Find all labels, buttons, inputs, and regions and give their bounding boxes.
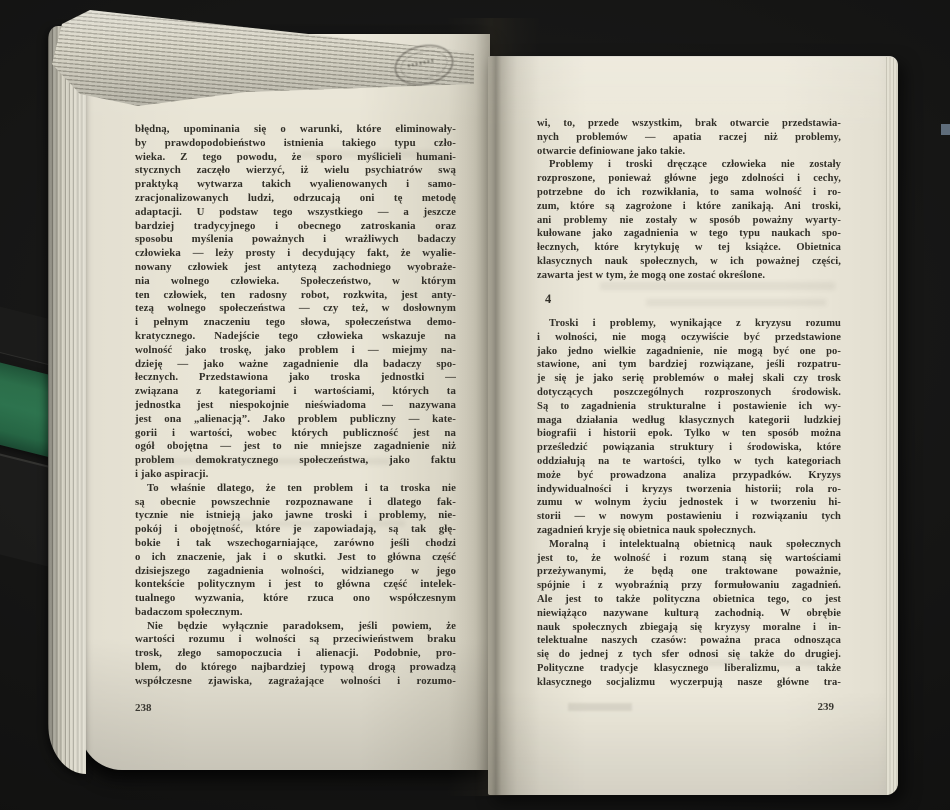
text-line: bardziej tradycyjnego i obecnego zatrosk… — [135, 220, 456, 234]
text-line: badaczom społecznym. — [135, 606, 456, 620]
page-edges-right — [886, 57, 898, 795]
text-line: dotyczących poszczególnych rozproszonych… — [537, 386, 841, 400]
text-line: jest to, że wolność i rozum staną się wa… — [537, 552, 841, 566]
text-line: pokój i obojętność, które je zapowiadają… — [135, 523, 456, 537]
text-line: bokie i tak wszechogarniające, zarówno j… — [135, 537, 456, 551]
text-line: ani problemy nie zostały w sposób poważn… — [537, 214, 841, 228]
text-line: indywidualności i kryzys tworzenia histo… — [537, 483, 841, 497]
text-line: prześledzić powiązania struktury i środo… — [537, 441, 841, 455]
text-line: storii — w nowym postawieniu i rozwiązan… — [537, 510, 841, 524]
text-line: by prawdopodobieństwo istnienia takiego … — [135, 137, 456, 151]
text-line: są obecnie powszechnie rozpoznawane i dl… — [135, 496, 456, 510]
text-line: ogół obojętna — jest to nie mniejsze zag… — [135, 440, 456, 454]
text-line: i pełnym znaczeniu tego słowa, społeczeń… — [135, 316, 456, 330]
left-page-text: błędną, upominania się o warunki, które … — [135, 123, 456, 689]
open-book: błędną, upominania się o warunki, które … — [0, 0, 950, 810]
text-line: jednostka jest niespokojnie nieświadoma … — [135, 399, 456, 413]
text-line: Polityczne tradycje klasycznego liberali… — [537, 662, 841, 676]
text-line: kontekście politycznym i jest to główna … — [135, 578, 456, 592]
page-edges-left — [48, 26, 86, 774]
text-line: współczesne zjawiska, zagrażające wolnoś… — [135, 675, 456, 689]
text-line: nowany człowiek jest antytezą zachodnieg… — [135, 261, 456, 275]
text-line: się do jednej z tych sfer odnosi się tak… — [537, 648, 841, 662]
text-line: przeżywanymi, że będą one traktowane pow… — [537, 565, 841, 579]
text-line: dzieję — jako ważne zagadnienie dla bada… — [135, 358, 456, 372]
text-line: wartości rozumu i wolności są przeciwień… — [135, 633, 456, 647]
text-line: biografii i historii epok. Tylko w ten s… — [537, 427, 841, 441]
book-scan-scene: błędną, upominania się o warunki, które … — [0, 0, 950, 810]
text-line: adaptacji. U podstaw tego wszystkiego — … — [135, 206, 456, 220]
text-line: klasycznego socjalizmu wyczerpują nasze … — [537, 676, 841, 690]
text-line: je się je jako serię problemów o małej s… — [537, 372, 841, 386]
text-line: otwarcie definiowane jako takie. — [537, 145, 841, 159]
printers-signature-mark — [568, 703, 632, 711]
text-line: ten człowiek, ten radosny robot, rozkwit… — [135, 289, 456, 303]
text-line: zumu w wolnym życiu jednostek i w tworze… — [537, 496, 841, 510]
text-line: jako jedno wielkie zagadnienie, nie mogą… — [537, 345, 841, 359]
text-line: sposobu myślenia poważnych i wrażliwych … — [135, 233, 456, 247]
text-line: kratycznego. Nadejście tego człowieka ws… — [135, 330, 456, 344]
text-line: tycznie nie istnieją jako jawne troski i… — [135, 509, 456, 523]
text-line: stawione, ani tym bardziej rozwiązane, j… — [537, 358, 841, 372]
text-line: tualnego wyzwania, które rzuca ono współ… — [135, 592, 456, 606]
left-page-number: 238 — [135, 702, 152, 714]
text-line: zawarta jest w tym, że mogą one zostać o… — [537, 269, 841, 283]
text-line: Troski i problemy, wynikające z kryzysu … — [537, 317, 841, 331]
text-line: łecznych. Przedstawiona jako troska jedn… — [135, 371, 456, 385]
text-line: nauk społecznych zbiegają się kryzysy mo… — [537, 621, 841, 635]
text-line: stycznych zaczęło wierzyć, iż wielu psyc… — [135, 164, 456, 178]
text-line: trosk, złego samopoczucia i alienacji. P… — [135, 647, 456, 661]
text-line: zracjonalizowanych ludzi, odrzucają oni … — [135, 192, 456, 206]
text-line: zagadnień kryje się obietnica nauk społe… — [537, 524, 841, 538]
text-line: nych problemów — apatia raczej niż probl… — [537, 131, 841, 145]
text-line: dzisiejszego zagadnienia wolności, widzi… — [135, 565, 456, 579]
text-line: nia wolnego człowieka. Społeczeństwo, w … — [135, 275, 456, 289]
text-line: zum, które są zagrożone i które zanikają… — [537, 200, 841, 214]
text-line: i wolności, nie mogą oczywiście być prze… — [537, 331, 841, 345]
text-line: spójnie i z wyobraźnią przy formułowaniu… — [537, 579, 841, 593]
text-line: o ich znaczenie, jak i o skutki. Jest to… — [135, 551, 456, 565]
text-line: rozproszone, ponieważ główne jego zdolno… — [537, 172, 841, 186]
text-line: blem, do którego najbardziej typową drog… — [135, 661, 456, 675]
text-line: wieka. Z tego powodu, że sporo myśliciel… — [135, 151, 456, 165]
text-line: praktyką wytwarza takich wyalienowanych … — [135, 178, 456, 192]
text-line: Ale jest to także polityczna obietnica t… — [537, 593, 841, 607]
text-line: potrzebne do ich rozwikłania, to sama wo… — [537, 186, 841, 200]
text-line: człowieka — leży prosty i decydujący fak… — [135, 247, 456, 261]
text-line: telektualne naszych czasów: poważna prac… — [537, 634, 841, 648]
text-line: wi, to, przede wszystkim, brak otwarcie … — [537, 117, 841, 131]
text-line: łecznych, które krytykuję w tej książce.… — [537, 241, 841, 255]
text-line: klasycznych nauk społecznych, w ich powa… — [537, 255, 841, 269]
text-line: To właśnie dlatego, że ten problem i ta … — [135, 482, 456, 496]
text-line: może być prowadzona analiza przypadków. … — [537, 469, 841, 483]
text-line: i jako aspiracji. — [135, 468, 456, 482]
text-line: jest ona „alienacją”. Jako problem publi… — [135, 413, 456, 427]
text-line: związana z kategoriami i wartościami, kt… — [135, 385, 456, 399]
text-line: problem demokratycznego społeczeństwa, j… — [135, 454, 456, 468]
text-line: błędną, upominania się o warunki, które … — [135, 123, 456, 137]
section-heading: 4 — [545, 292, 551, 307]
right-page-text-top: wi, to, przede wszystkim, brak otwarcie … — [537, 117, 841, 283]
text-line: kułowane jako zagadnienia w tego typu na… — [537, 227, 841, 241]
text-line: tezą wolnego społeczeństwa — czy też, w … — [135, 302, 456, 316]
text-line: Moralną i intelektualną obietnicą nauk s… — [537, 538, 841, 552]
text-line: wolność jako troskę, jako problem i — mi… — [135, 344, 456, 358]
right-page-text-bottom: Troski i problemy, wynikające z kryzysu … — [537, 317, 841, 690]
text-line: maga działania według klasycznych katego… — [537, 414, 841, 428]
edge-chip — [941, 124, 950, 135]
text-line: Nie będzie wyłącznie paradoksem, jeśli p… — [135, 620, 456, 634]
text-line: Problemy i troski dręczące człowieka nie… — [537, 158, 841, 172]
text-line: gorii i wartości, wobec których publiczn… — [135, 427, 456, 441]
text-line: niewiążąco nazywane kulturą zachodnią. W… — [537, 607, 841, 621]
text-line: Są to zagadnienia strukturalne i postawi… — [537, 400, 841, 414]
text-line: oddziałują na te wartości, tylko w tych … — [537, 455, 841, 469]
